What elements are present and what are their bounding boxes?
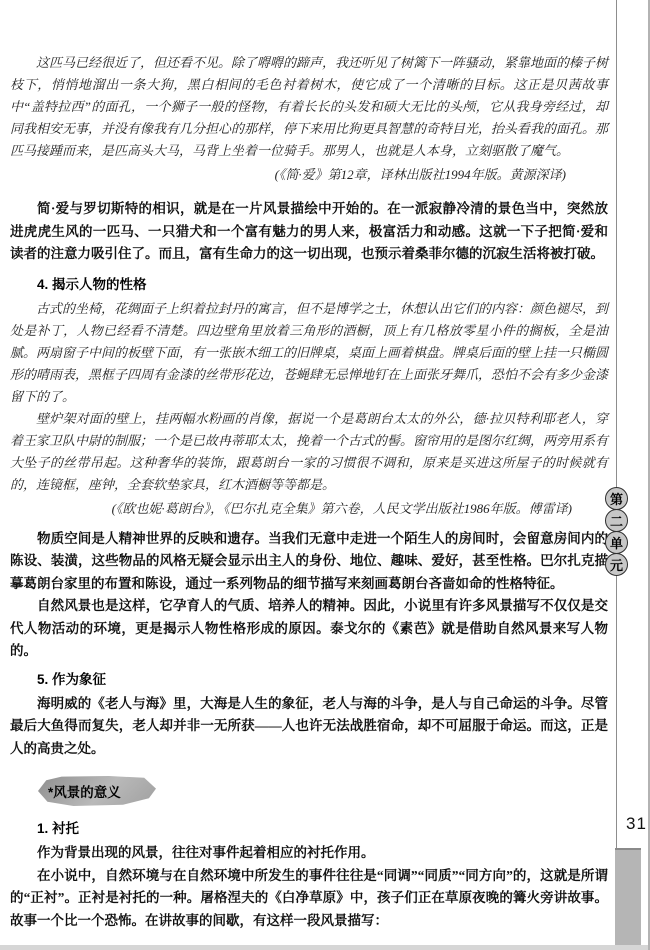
quote-jane-eyre: 这匹马已经很近了，但还看不见。除了嘚嘚的蹄声，我还听见了树篱下一阵骚动，紧靠地面… [10, 52, 608, 162]
section-banner: *风景的意义 [38, 776, 156, 806]
margin-rule-line [616, 0, 617, 950]
unit-char-badge: 二 [605, 509, 628, 532]
paragraph-jane-analysis: 简·爱与罗切斯特的相识，就是在一片风景描绘中开始的。在一派寂静冷清的景色当中，突… [10, 198, 608, 266]
unit-char-badge: 单 [605, 531, 628, 554]
page-number: 31 [626, 814, 650, 834]
quote-grandet-2: 壁炉架对面的壁上，挂两幅水粉画的肖像，据说一个是葛朗台太太的外公，德·拉贝特利耶… [10, 408, 608, 496]
heading-foil: 1. 衬托 [10, 818, 608, 840]
paragraph-old-man-sea: 海明威的《老人与海》里，大海是人生的象征，老人与海的斗争，是人与自己命运的斗争。… [10, 693, 608, 761]
quote-grandet-1: 古式的坐椅，花绸面子上织着拉封丹的寓言，但不是博学之士，休想认出它们的内容：颜色… [10, 298, 608, 408]
unit-char-badge: 第 [605, 487, 628, 510]
unit-char-badge: 元 [605, 553, 628, 576]
paragraph-positive-foil: 在小说中，自然环境与在自然环境中所发生的事件往往是“同调”“同质”“同方向”的，… [10, 865, 608, 933]
page-bottom-edge-shadow [0, 945, 650, 950]
citation-jane-eyre: (《简·爱》第12章，译林出版社1994年版。黄源深译) [10, 164, 608, 186]
heading-reveal-character: 4. 揭示人物的性格 [10, 274, 608, 296]
textbook-page: 这匹马已经很近了，但还看不见。除了嘚嘚的蹄声，我还听见了树篱下一阵骚动，紧靠地面… [0, 0, 650, 950]
paragraph-foil-intro: 作为背景出现的风景，往往对事件起着相应的衬托作用。 [10, 842, 608, 865]
page-edge-tab [615, 848, 641, 950]
banner-title: *风景的意义 [48, 781, 121, 801]
page-content: 这匹马已经很近了，但还看不见。除了嘚嘚的蹄声，我还听见了树篱下一阵骚动，紧靠地面… [10, 52, 608, 932]
citation-grandet: (《欧也妮·葛朗台》，《巴尔扎克全集》第六卷，人民文学出版社1986年版。傅雷译… [10, 498, 608, 520]
paragraph-material-space: 物质空间是人精神世界的反映和遗存。当我们无意中走进一个陌生人的房间时，会留意房间… [10, 528, 608, 596]
unit-label: 第 二 单 元 [605, 488, 629, 576]
heading-as-symbol: 5. 作为象征 [10, 669, 608, 691]
paragraph-natural-scenery: 自然风景也是这样，它孕育人的气质、培养人的精神。因此，小说里有许多风景描写不仅仅… [10, 595, 608, 663]
